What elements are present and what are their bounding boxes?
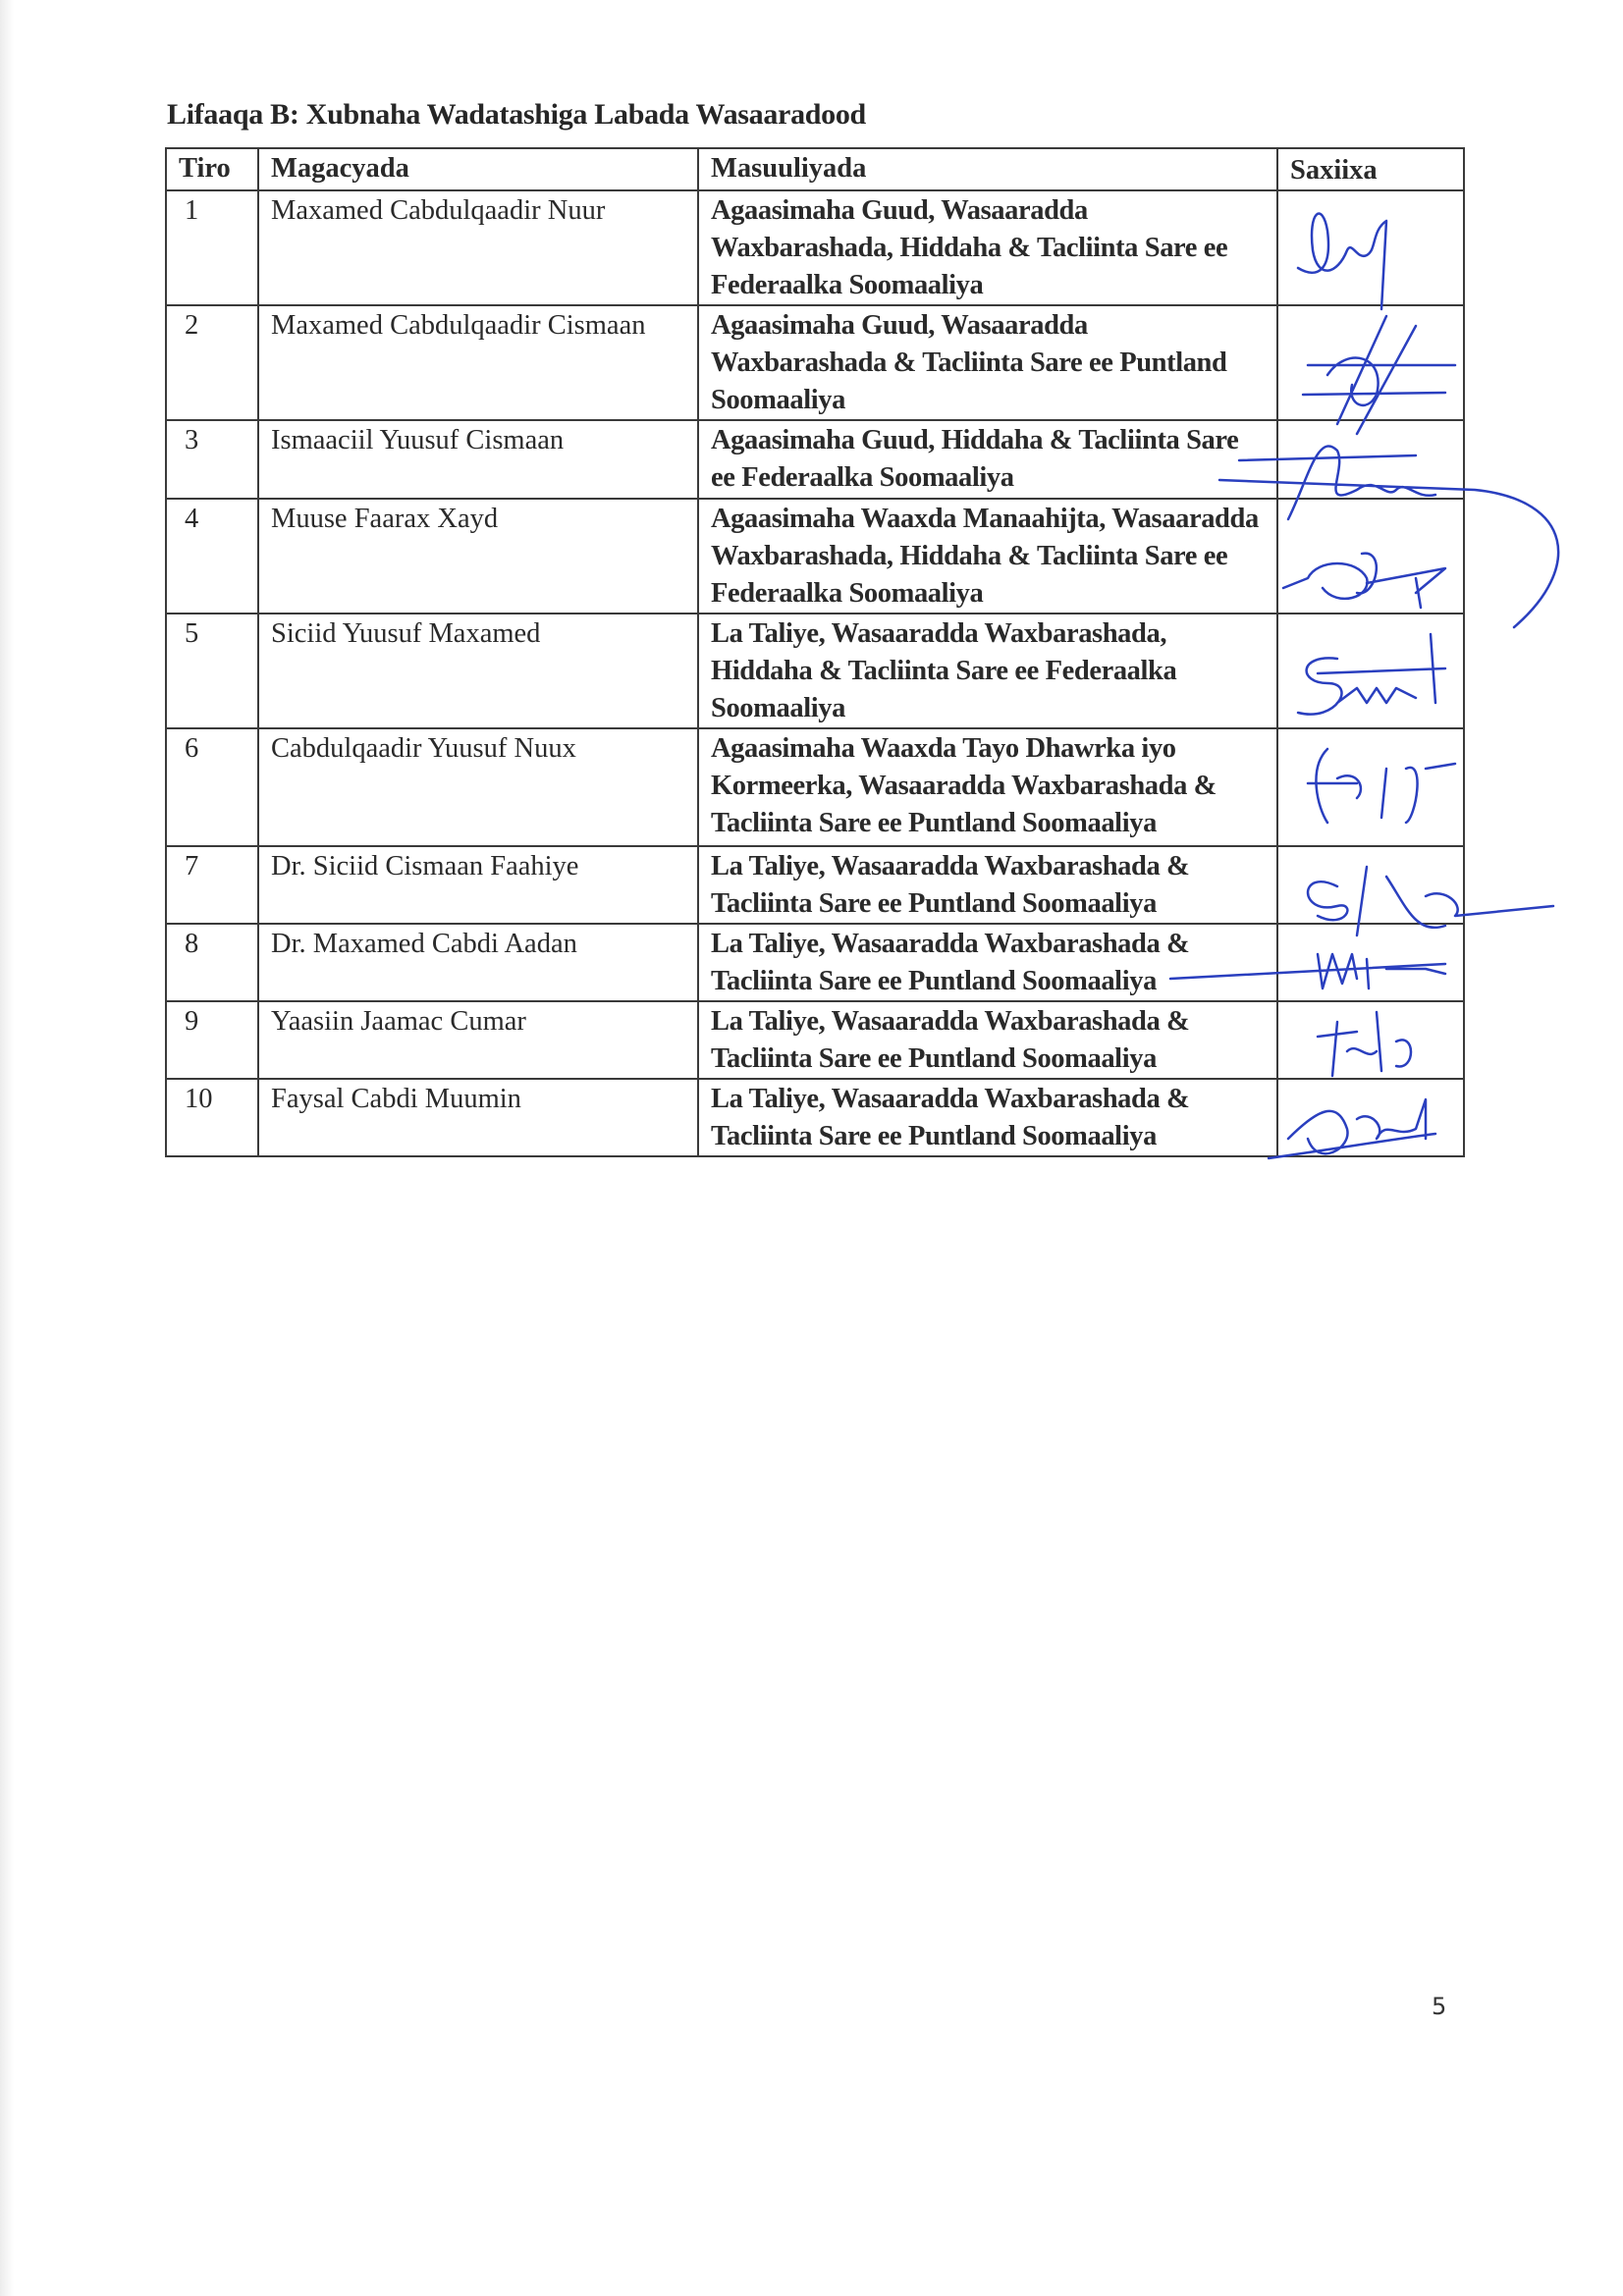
- row-name: Maxamed Cabdulqaadir Nuur: [258, 190, 698, 305]
- handwritten-signature-icon: [1278, 500, 1465, 614]
- row-role: Agaasimaha Waaxda Tayo Dhawrka iyo Korme…: [698, 728, 1277, 846]
- handwritten-signature-icon: [1278, 1080, 1465, 1157]
- row-signature: [1277, 305, 1464, 420]
- table-row: 4Muuse Faarax XaydAgaasimaha Waaxda Mana…: [166, 499, 1464, 614]
- row-name: Yaasiin Jaamac Cumar: [258, 1001, 698, 1079]
- row-signature: [1277, 499, 1464, 614]
- row-name: Faysal Cabdi Muumin: [258, 1079, 698, 1156]
- handwritten-signature-icon: [1278, 925, 1465, 1002]
- row-signature: [1277, 420, 1464, 499]
- row-name: Dr. Siciid Cismaan Faahiye: [258, 846, 698, 924]
- row-tiro: 6: [166, 728, 258, 846]
- handwritten-signature-icon: [1278, 191, 1465, 306]
- row-signature: [1277, 846, 1464, 924]
- signatories-table: Tiro Magacyada Masuuliyada Saxiixa 1Maxa…: [165, 147, 1465, 1157]
- row-signature: [1277, 924, 1464, 1001]
- handwritten-signature-icon: [1278, 1002, 1465, 1080]
- row-role: La Taliye, Wasaaradda Waxbarashada & Tac…: [698, 924, 1277, 1001]
- table-row: 6Cabdulqaadir Yuusuf NuuxAgaasimaha Waax…: [166, 728, 1464, 846]
- row-tiro: 1: [166, 190, 258, 305]
- row-signature: [1277, 190, 1464, 305]
- row-signature: [1277, 614, 1464, 728]
- table-row: 10Faysal Cabdi MuuminLa Taliye, Wasaarad…: [166, 1079, 1464, 1156]
- row-role: La Taliye, Wasaaradda Waxbarashada & Tac…: [698, 1001, 1277, 1079]
- row-name: Cabdulqaadir Yuusuf Nuux: [258, 728, 698, 846]
- row-role: Agaasimaha Guud, Wasaaradda Waxbarashada…: [698, 190, 1277, 305]
- row-tiro: 8: [166, 924, 258, 1001]
- handwritten-signature-icon: [1278, 306, 1465, 421]
- handwritten-signature-icon: [1278, 729, 1465, 847]
- handwritten-signature-icon: [1278, 614, 1465, 729]
- row-signature: [1277, 1079, 1464, 1156]
- row-role: Agaasimaha Waaxda Manaahijta, Wasaaradda…: [698, 499, 1277, 614]
- document-title: Lifaaqa B: Xubnaha Wadatashiga Labada Wa…: [167, 98, 866, 132]
- row-role: La Taliye, Wasaaradda Waxbarashada & Tac…: [698, 1079, 1277, 1156]
- header-tiro: Tiro: [166, 148, 258, 190]
- handwritten-signature-icon: [1278, 421, 1465, 500]
- page-number: 5: [1432, 1993, 1446, 2020]
- table-row: 8Dr. Maxamed Cabdi AadanLa Taliye, Wasaa…: [166, 924, 1464, 1001]
- row-tiro: 10: [166, 1079, 258, 1156]
- row-tiro: 7: [166, 846, 258, 924]
- row-tiro: 5: [166, 614, 258, 728]
- handwritten-signature-icon: [1278, 847, 1465, 925]
- row-name: Dr. Maxamed Cabdi Aadan: [258, 924, 698, 1001]
- row-role: Agaasimaha Guud, Wasaaradda Waxbarashada…: [698, 305, 1277, 420]
- row-name: Ismaaciil Yuusuf Cismaan: [258, 420, 698, 499]
- row-tiro: 3: [166, 420, 258, 499]
- row-tiro: 2: [166, 305, 258, 420]
- row-name: Maxamed Cabdulqaadir Cismaan: [258, 305, 698, 420]
- row-signature: [1277, 728, 1464, 846]
- table-row: 2Maxamed Cabdulqaadir CismaanAgaasimaha …: [166, 305, 1464, 420]
- header-saxiixa: Saxiixa: [1277, 148, 1464, 190]
- row-role: La Taliye, Wasaaradda Waxbarashada & Tac…: [698, 846, 1277, 924]
- row-tiro: 4: [166, 499, 258, 614]
- table-row: 7Dr. Siciid Cismaan FaahiyeLa Taliye, Wa…: [166, 846, 1464, 924]
- row-name: Muuse Faarax Xayd: [258, 499, 698, 614]
- table-row: 5Siciid Yuusuf MaxamedLa Taliye, Wasaara…: [166, 614, 1464, 728]
- row-name: Siciid Yuusuf Maxamed: [258, 614, 698, 728]
- table-row: 3Ismaaciil Yuusuf CismaanAgaasimaha Guud…: [166, 420, 1464, 499]
- scan-page-edge: [0, 0, 14, 2296]
- table-row: 9Yaasiin Jaamac CumarLa Taliye, Wasaarad…: [166, 1001, 1464, 1079]
- table-row: 1Maxamed Cabdulqaadir NuurAgaasimaha Guu…: [166, 190, 1464, 305]
- row-role: Agaasimaha Guud, Hiddaha & Tacliinta Sar…: [698, 420, 1277, 499]
- row-role: La Taliye, Wasaaradda Waxbarashada, Hidd…: [698, 614, 1277, 728]
- row-tiro: 9: [166, 1001, 258, 1079]
- table-header-row: Tiro Magacyada Masuuliyada Saxiixa: [166, 148, 1464, 190]
- header-magacyada: Magacyada: [258, 148, 698, 190]
- header-masuuliyada: Masuuliyada: [698, 148, 1277, 190]
- row-signature: [1277, 1001, 1464, 1079]
